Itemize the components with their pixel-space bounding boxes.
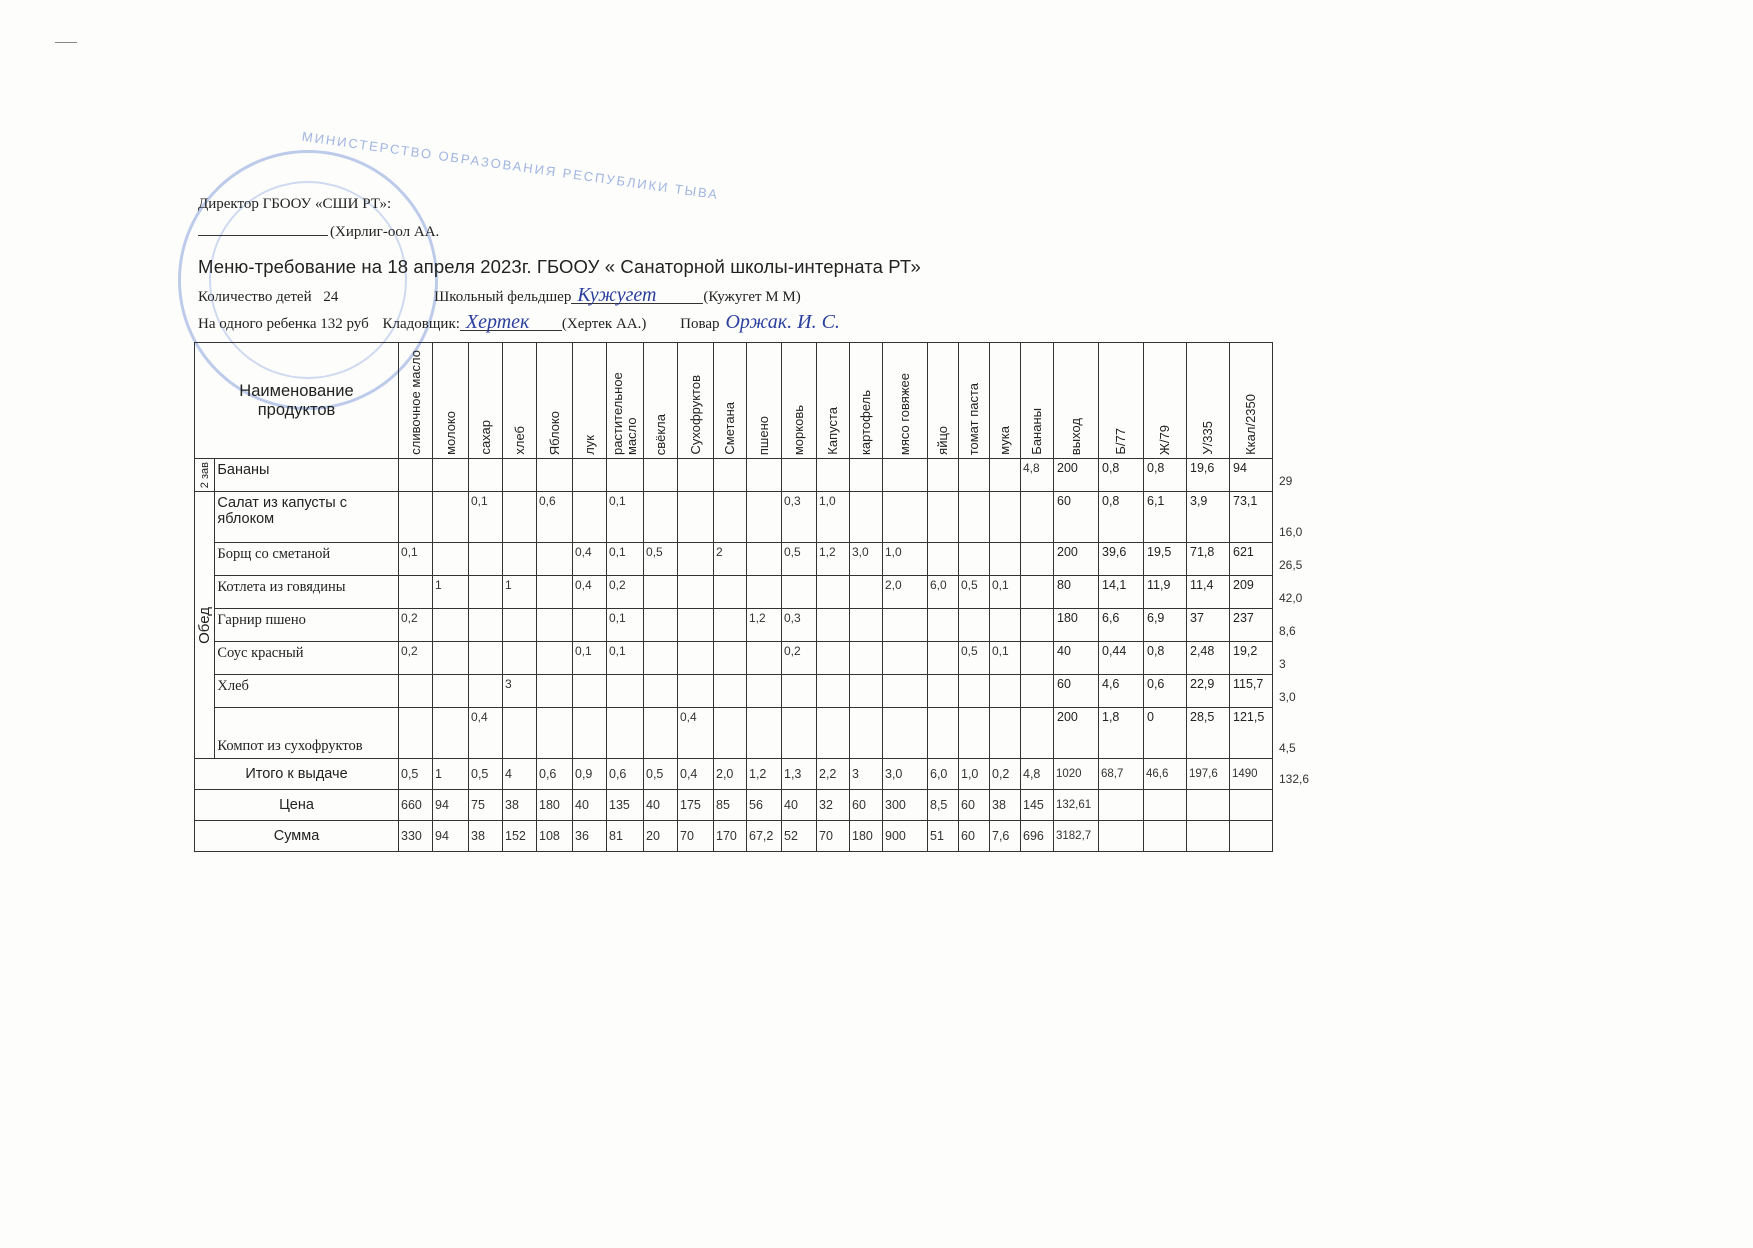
header-text: продуктов [195, 401, 398, 420]
cell-value [990, 492, 1021, 543]
cell-value: 1,0 [817, 492, 850, 543]
sum-cell [1230, 821, 1273, 852]
column-header-text: мука [998, 423, 1012, 458]
cell-value [782, 708, 817, 759]
cell-value [573, 708, 607, 759]
sum-cell: 70 [817, 821, 850, 852]
cell-value [782, 576, 817, 609]
cell-value [537, 609, 573, 642]
cell-value: 39,6 [1099, 543, 1144, 576]
section-text: зав [199, 462, 211, 479]
sum-cell: 36 [573, 821, 607, 852]
cell-value [644, 675, 678, 708]
column-header-text: Яблоко [548, 408, 562, 458]
cell-value [644, 609, 678, 642]
cell-value [644, 708, 678, 759]
table-row: Гарнир пшено0,20,11,20,31806,66,937237 [195, 609, 1273, 642]
price-cell: 300 [883, 790, 928, 821]
cell-value: 0,1 [607, 492, 644, 543]
cell-value: 200 [1054, 459, 1099, 492]
totals-cell: 1,2 [747, 759, 782, 790]
section-number: 2 [199, 482, 211, 488]
cell-value [469, 576, 503, 609]
cell-value [990, 675, 1021, 708]
cell-value [782, 675, 817, 708]
sum-cell: 20 [644, 821, 678, 852]
column-header: картофель [850, 343, 883, 459]
column-header: растительное масло [607, 343, 644, 459]
totals-cell: 3,0 [883, 759, 928, 790]
product-name-header: Наименование продуктов [195, 343, 399, 459]
storekeeper-label: Кладовщик: [383, 316, 460, 332]
column-header: сахар [469, 343, 503, 459]
cell-value [537, 576, 573, 609]
table-row: Борщ со сметаной0,10,40,10,520,51,23,01,… [195, 543, 1273, 576]
price-cell: 180 [537, 790, 573, 821]
price-cell [1187, 790, 1230, 821]
column-header-text: Ж/79 [1158, 422, 1172, 458]
totals-cell: 1,3 [782, 759, 817, 790]
cell-value [928, 609, 959, 642]
cell-value [817, 675, 850, 708]
cell-value: 60 [1054, 492, 1099, 543]
cell-value: 0,4 [469, 708, 503, 759]
price-cell: 75 [469, 790, 503, 821]
cell-value [678, 609, 714, 642]
column-header-text: хлеб [513, 423, 527, 458]
table-row: ОбедСалат из капусты с яблоком0,10,60,10… [195, 492, 1273, 543]
column-header-text: сливочное масло [409, 347, 423, 458]
cell-value [678, 459, 714, 492]
director-line: Директор ГБООУ «СШИ РТ»: [198, 196, 391, 213]
outside-kcal-note: 8,6 [1279, 624, 1296, 638]
meta-line-1: Количество детей 24 Школьный фельдшерКуж… [198, 287, 801, 306]
cell-value: 0,5 [782, 543, 817, 576]
cell-value: 237 [1230, 609, 1273, 642]
storekeeper-signature: Хертек [460, 314, 562, 331]
cell-value: 0,4 [573, 576, 607, 609]
column-header: У/335 [1187, 343, 1230, 459]
column-header-text: яйцо [936, 423, 950, 458]
cell-value [503, 642, 537, 675]
sum-cell: 180 [850, 821, 883, 852]
sum-cell: 94 [433, 821, 469, 852]
cell-value: 209 [1230, 576, 1273, 609]
column-header: молоко [433, 343, 469, 459]
sum-cell: 330 [399, 821, 433, 852]
sum-cell [1144, 821, 1187, 852]
column-header: свёкла [644, 343, 678, 459]
cell-value [928, 492, 959, 543]
column-header-text: Бананы [1030, 405, 1044, 458]
director-signature-line: (Хирлиг-оол АА. [198, 224, 439, 241]
cell-value: 6,9 [1144, 609, 1187, 642]
totals-cell: 46,6 [1144, 759, 1187, 790]
cell-value: 2,48 [1187, 642, 1230, 675]
cell-value [1021, 642, 1054, 675]
cell-value: 0,5 [959, 576, 990, 609]
section-label: 2 зав [198, 459, 212, 491]
cell-value [607, 675, 644, 708]
column-header-text: молоко [444, 408, 458, 458]
cell-value [714, 675, 747, 708]
cell-value [607, 708, 644, 759]
cell-value [959, 675, 990, 708]
cell-value: 0,6 [537, 492, 573, 543]
table-row: Компот из сухофруктов0,40,42001,8028,512… [195, 708, 1273, 759]
cell-value [817, 609, 850, 642]
totals-row: Итого к выдаче0,510,540,60,90,60,50,42,0… [195, 759, 1273, 790]
cell-value [469, 609, 503, 642]
cell-value: 200 [1054, 543, 1099, 576]
totals-cell: 0,4 [678, 759, 714, 790]
cell-value: 0,1 [607, 609, 644, 642]
cell-value [433, 543, 469, 576]
sum-cell: 51 [928, 821, 959, 852]
director-name: (Хирлиг-оол АА. [330, 224, 439, 240]
cell-value [678, 675, 714, 708]
cell-value [433, 609, 469, 642]
column-header: томат паста [959, 343, 990, 459]
cell-value: 3,9 [1187, 492, 1230, 543]
totals-cell: 2,0 [714, 759, 747, 790]
column-header: пшено [747, 343, 782, 459]
cell-value [573, 459, 607, 492]
cell-value [644, 459, 678, 492]
cell-value [850, 609, 883, 642]
column-header-text: свёкла [654, 411, 668, 458]
price-cell: 8,5 [928, 790, 959, 821]
outside-kcal-note: 4,5 [1279, 741, 1296, 755]
cell-value: 0,1 [990, 576, 1021, 609]
column-header-text: Сухофруктов [689, 372, 703, 458]
cell-value [1021, 609, 1054, 642]
cell-value: 11,4 [1187, 576, 1230, 609]
cell-value: 621 [1230, 543, 1273, 576]
cell-value [928, 675, 959, 708]
cell-value [714, 459, 747, 492]
cell-value [714, 576, 747, 609]
cell-value [883, 609, 928, 642]
column-header-text: У/335 [1201, 418, 1215, 458]
column-header: мясо говяжее [883, 343, 928, 459]
outside-kcal-note: 16,0 [1279, 525, 1302, 539]
cell-value [433, 708, 469, 759]
cook-label: Повар [680, 316, 719, 332]
cell-value [537, 675, 573, 708]
cell-value [928, 708, 959, 759]
cell-value [399, 675, 433, 708]
cell-value [644, 576, 678, 609]
cell-value: 60 [1054, 675, 1099, 708]
cell-value [959, 492, 990, 543]
column-header-text: лук [583, 432, 597, 458]
section-lunch: Обед [195, 492, 215, 759]
section-label: Обед [198, 604, 212, 647]
sum-cell: 152 [503, 821, 537, 852]
column-header-text: мясо говяжее [898, 370, 912, 458]
per-child-value: 132 руб [320, 316, 369, 332]
cell-value: 0,3 [782, 609, 817, 642]
cell-value: 0,1 [990, 642, 1021, 675]
sum-cell: 70 [678, 821, 714, 852]
price-cell: 38 [503, 790, 537, 821]
sum-cell: 170 [714, 821, 747, 852]
column-header-text: морковь [792, 402, 806, 458]
totals-cell: 0,5 [399, 759, 433, 790]
dish-name: Хлеб [215, 675, 399, 708]
cell-value: 0,8 [1144, 642, 1187, 675]
column-header-text: пшено [757, 413, 771, 458]
cell-value: 1 [503, 576, 537, 609]
cell-value: 2,0 [883, 576, 928, 609]
cell-value: 121,5 [1230, 708, 1273, 759]
totals-cell: 0,9 [573, 759, 607, 790]
dish-name: Соус красный [215, 642, 399, 675]
cell-value [503, 459, 537, 492]
totals-cell: 0,6 [607, 759, 644, 790]
cell-value: 0,5 [644, 543, 678, 576]
column-header: Яблоко [537, 343, 573, 459]
dish-name: Котлета из говядины [215, 576, 399, 609]
outside-kcal-note: 3 [1279, 657, 1286, 671]
column-header-text: растительное масло [611, 343, 639, 458]
totals-cell: 0,5 [644, 759, 678, 790]
cell-value [850, 459, 883, 492]
cell-value [747, 576, 782, 609]
cell-value [850, 576, 883, 609]
totals-cell: 1490 [1230, 759, 1273, 790]
cell-value [883, 708, 928, 759]
cell-value: 0,3 [782, 492, 817, 543]
cell-value [747, 459, 782, 492]
outside-kcal-note: 3,0 [1279, 690, 1296, 704]
cell-value: 115,7 [1230, 675, 1273, 708]
cell-value: 6,6 [1099, 609, 1144, 642]
dish-name: Гарнир пшено [215, 609, 399, 642]
outside-total-note: 132,6 [1279, 772, 1309, 786]
cell-value [714, 492, 747, 543]
cell-value: 2 [714, 543, 747, 576]
per-child-label: На одного ребенка [198, 316, 317, 332]
price-cell: 94 [433, 790, 469, 821]
cell-value [850, 642, 883, 675]
totals-label: Итого к выдаче [195, 759, 399, 790]
column-header: сливочное масло [399, 343, 433, 459]
cell-value: 73,1 [1230, 492, 1273, 543]
cell-value: 0,5 [959, 642, 990, 675]
sum-cell: 3182,7 [1054, 821, 1099, 852]
cell-value [990, 543, 1021, 576]
cell-value: 94 [1230, 459, 1273, 492]
cell-value: 14,1 [1099, 576, 1144, 609]
cell-value: 1,2 [747, 609, 782, 642]
totals-cell: 1 [433, 759, 469, 790]
cell-value [747, 543, 782, 576]
price-cell: 32 [817, 790, 850, 821]
price-cell: 60 [850, 790, 883, 821]
cell-value [1021, 576, 1054, 609]
children-count: 24 [323, 289, 338, 305]
sum-cell [1099, 821, 1144, 852]
cell-value: 0,1 [399, 543, 433, 576]
cell-value [1021, 675, 1054, 708]
price-cell: 85 [714, 790, 747, 821]
outside-kcal-note: 26,5 [1279, 558, 1302, 572]
medic-name: (Кужугет М М) [703, 289, 800, 305]
cell-value [1021, 543, 1054, 576]
menu-requisition-table: Наименование продуктов сливочное масломо… [194, 342, 1273, 852]
cell-value: 0,1 [607, 642, 644, 675]
cell-value: 40 [1054, 642, 1099, 675]
cell-value [469, 459, 503, 492]
scan-artifact [55, 42, 77, 43]
cell-value: 0,6 [1144, 675, 1187, 708]
cell-value [850, 492, 883, 543]
sum-cell: 108 [537, 821, 573, 852]
cell-value [433, 642, 469, 675]
cell-value: 0,1 [573, 642, 607, 675]
medic-signature: Кужугет [571, 287, 703, 304]
sum-cell: 60 [959, 821, 990, 852]
dish-name: Борщ со сметаной [215, 543, 399, 576]
cell-value [537, 543, 573, 576]
meta-line-2: На одного ребенка 132 руб Кладовщик:Херт… [198, 314, 846, 333]
cell-value: 19,5 [1144, 543, 1187, 576]
cell-value [747, 492, 782, 543]
cell-value: 22,9 [1187, 675, 1230, 708]
totals-cell: 1020 [1054, 759, 1099, 790]
cell-value: 0,1 [607, 543, 644, 576]
cell-value: 11,9 [1144, 576, 1187, 609]
price-cell: 60 [959, 790, 990, 821]
column-header: Сухофруктов [678, 343, 714, 459]
cell-value [883, 459, 928, 492]
cell-value [747, 642, 782, 675]
cell-value [714, 642, 747, 675]
column-header-text: Б/77 [1114, 425, 1128, 458]
table-row: Котлета из говядины110,40,22,06,00,50,18… [195, 576, 1273, 609]
cell-value: 80 [1054, 576, 1099, 609]
cell-value [573, 609, 607, 642]
sum-cell: 52 [782, 821, 817, 852]
column-header-text: Капуста [826, 404, 840, 458]
outside-kcal-note: 42,0 [1279, 591, 1302, 605]
cell-value [850, 708, 883, 759]
table-row: 2 завБананы4,82000,80,819,694 [195, 459, 1273, 492]
column-header: морковь [782, 343, 817, 459]
cell-value [433, 459, 469, 492]
column-header: Капуста [817, 343, 850, 459]
cell-value [928, 543, 959, 576]
price-cell: 135 [607, 790, 644, 821]
cell-value [503, 609, 537, 642]
price-cell: 660 [399, 790, 433, 821]
cell-value: 0,2 [399, 642, 433, 675]
children-label: Количество детей [198, 289, 312, 305]
cell-value: 0,4 [573, 543, 607, 576]
cell-value [928, 459, 959, 492]
cell-value [782, 459, 817, 492]
cell-value [399, 492, 433, 543]
cell-value: 1,0 [883, 543, 928, 576]
cell-value: 0,44 [1099, 642, 1144, 675]
column-header: яйцо [928, 343, 959, 459]
cell-value: 4,8 [1021, 459, 1054, 492]
cell-value [747, 675, 782, 708]
column-header-text: сахар [479, 417, 493, 458]
column-header: Ж/79 [1144, 343, 1187, 459]
signature-blank [198, 235, 328, 236]
column-header-text: Сметана [723, 399, 737, 458]
cell-value [928, 642, 959, 675]
cell-value [469, 675, 503, 708]
cell-value [433, 675, 469, 708]
cell-value [883, 675, 928, 708]
totals-cell: 4,8 [1021, 759, 1054, 790]
column-header-text: Ккал/2350 [1244, 391, 1258, 458]
cell-value [959, 543, 990, 576]
price-row: Цена660947538180401354017585564032603008… [195, 790, 1273, 821]
totals-cell: 197,6 [1187, 759, 1230, 790]
cell-value: 0,8 [1099, 459, 1144, 492]
header-text: Наименование [195, 382, 398, 401]
column-header: Б/77 [1099, 343, 1144, 459]
totals-cell: 4 [503, 759, 537, 790]
totals-cell: 0,5 [469, 759, 503, 790]
price-cell: 40 [573, 790, 607, 821]
totals-cell: 2,2 [817, 759, 850, 790]
column-header: выход [1054, 343, 1099, 459]
cell-value [469, 543, 503, 576]
cell-value [503, 492, 537, 543]
totals-cell: 1,0 [959, 759, 990, 790]
cell-value: 200 [1054, 708, 1099, 759]
cell-value: 0,1 [469, 492, 503, 543]
cell-value [883, 642, 928, 675]
price-label: Цена [195, 790, 399, 821]
price-cell: 132,61 [1054, 790, 1099, 821]
cell-value [990, 708, 1021, 759]
cell-value: 37 [1187, 609, 1230, 642]
totals-cell: 0,6 [537, 759, 573, 790]
cell-value [817, 642, 850, 675]
price-cell: 40 [644, 790, 678, 821]
totals-cell: 3 [850, 759, 883, 790]
cell-value: 71,8 [1187, 543, 1230, 576]
cell-value: 3,0 [850, 543, 883, 576]
price-cell [1144, 790, 1187, 821]
cell-value [678, 642, 714, 675]
cell-value [433, 492, 469, 543]
cell-value [469, 642, 503, 675]
column-header-text: томат паста [967, 380, 981, 458]
cell-value [678, 492, 714, 543]
cell-value [399, 576, 433, 609]
cook-signature: Оржак. И. С. [719, 314, 845, 330]
cell-value: 0,8 [1099, 492, 1144, 543]
column-header: Ккал/2350 [1230, 343, 1273, 459]
medic-label: Школьный фельдшер [434, 289, 571, 305]
cell-value [607, 459, 644, 492]
price-cell: 40 [782, 790, 817, 821]
column-header: мука [990, 343, 1021, 459]
table-row: Соус красный0,20,10,10,20,50,1400,440,82… [195, 642, 1273, 675]
cell-value [573, 675, 607, 708]
dish-name: Бананы [215, 459, 399, 492]
cell-value [503, 543, 537, 576]
cell-value [503, 708, 537, 759]
